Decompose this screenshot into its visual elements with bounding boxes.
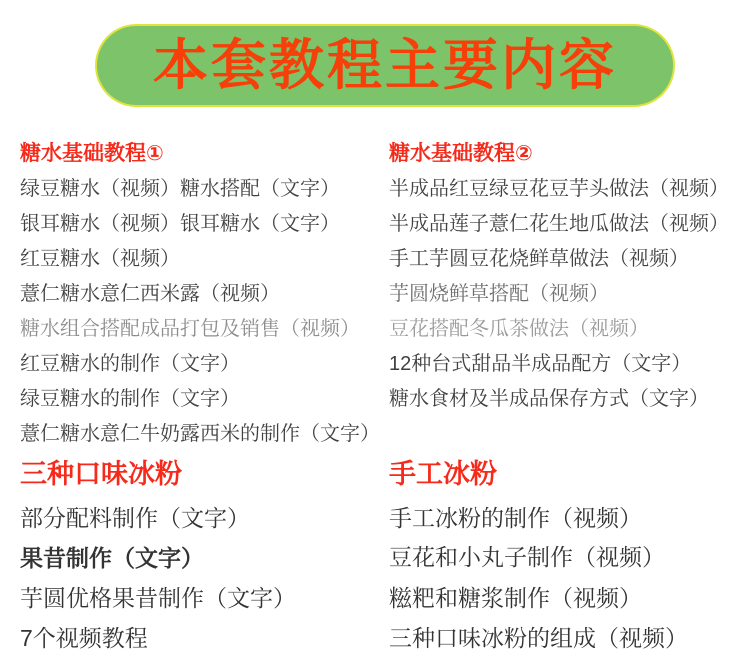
list-item: 绿豆糖水的制作（文字） (20, 382, 380, 417)
list-item: 银耳糖水（视频）银耳糖水（文字） (20, 207, 380, 242)
list-item: 7个视频教程 (20, 618, 380, 658)
list-item: 豆花搭配冬瓜茶做法（视频） (389, 312, 749, 347)
list-item: 薏仁糖水意仁牛奶露西米的制作（文字） (20, 417, 380, 452)
section-heading: 糖水基础教程② (389, 136, 749, 172)
list-item: 芋圆烧鲜草搭配（视频） (389, 277, 749, 312)
list-item: 糍粑和糖浆制作（视频） (389, 578, 749, 618)
section-heading: 糖水基础教程① (20, 136, 380, 172)
title-banner: 本套教程主要内容 (95, 24, 675, 107)
list-item: 果昔制作（文字） (20, 538, 380, 578)
list-item: 手工芋圆豆花烧鲜草做法（视频） (389, 242, 749, 277)
list-item: 红豆糖水的制作（文字） (20, 347, 380, 382)
list-item: 三种口味冰粉的组成（视频） (389, 618, 749, 658)
section-three-flavor-bingfen: 三种口味冰粉 部分配料制作（文字） 果昔制作（文字） 芋圆优格果昔制作（文字） … (20, 450, 380, 658)
list-item: 豆花和小丸子制作（视频） (389, 538, 749, 578)
section-tangshui-basic-2: 糖水基础教程② 半成品红豆绿豆花豆芋头做法（视频） 半成品莲子薏仁花生地瓜做法（… (389, 136, 749, 417)
page-title: 本套教程主要内容 (153, 38, 617, 93)
list-item: 红豆糖水（视频） (20, 242, 380, 277)
list-item: 12种台式甜品半成品配方（文字） (389, 347, 749, 382)
list-item: 手工冰粉的制作（视频） (389, 498, 749, 538)
list-item: 糖水食材及半成品保存方式（文字） (389, 382, 749, 417)
section-handmade-bingfen: 手工冰粉 手工冰粉的制作（视频） 豆花和小丸子制作（视频） 糍粑和糖浆制作（视频… (389, 450, 749, 658)
list-item: 糖水组合搭配成品打包及销售（视频） (20, 312, 380, 347)
list-item: 半成品莲子薏仁花生地瓜做法（视频） (389, 207, 749, 242)
list-item: 薏仁糖水意仁西米露（视频） (20, 277, 380, 312)
list-item: 芋圆优格果昔制作（文字） (20, 578, 380, 618)
list-item: 部分配料制作（文字） (20, 498, 380, 538)
list-item: 半成品红豆绿豆花豆芋头做法（视频） (389, 172, 749, 207)
section-heading: 手工冰粉 (389, 450, 749, 498)
section-heading: 三种口味冰粉 (20, 450, 380, 498)
list-item: 绿豆糖水（视频）糖水搭配（文字） (20, 172, 380, 207)
section-tangshui-basic-1: 糖水基础教程① 绿豆糖水（视频）糖水搭配（文字） 银耳糖水（视频）银耳糖水（文字… (20, 136, 380, 452)
